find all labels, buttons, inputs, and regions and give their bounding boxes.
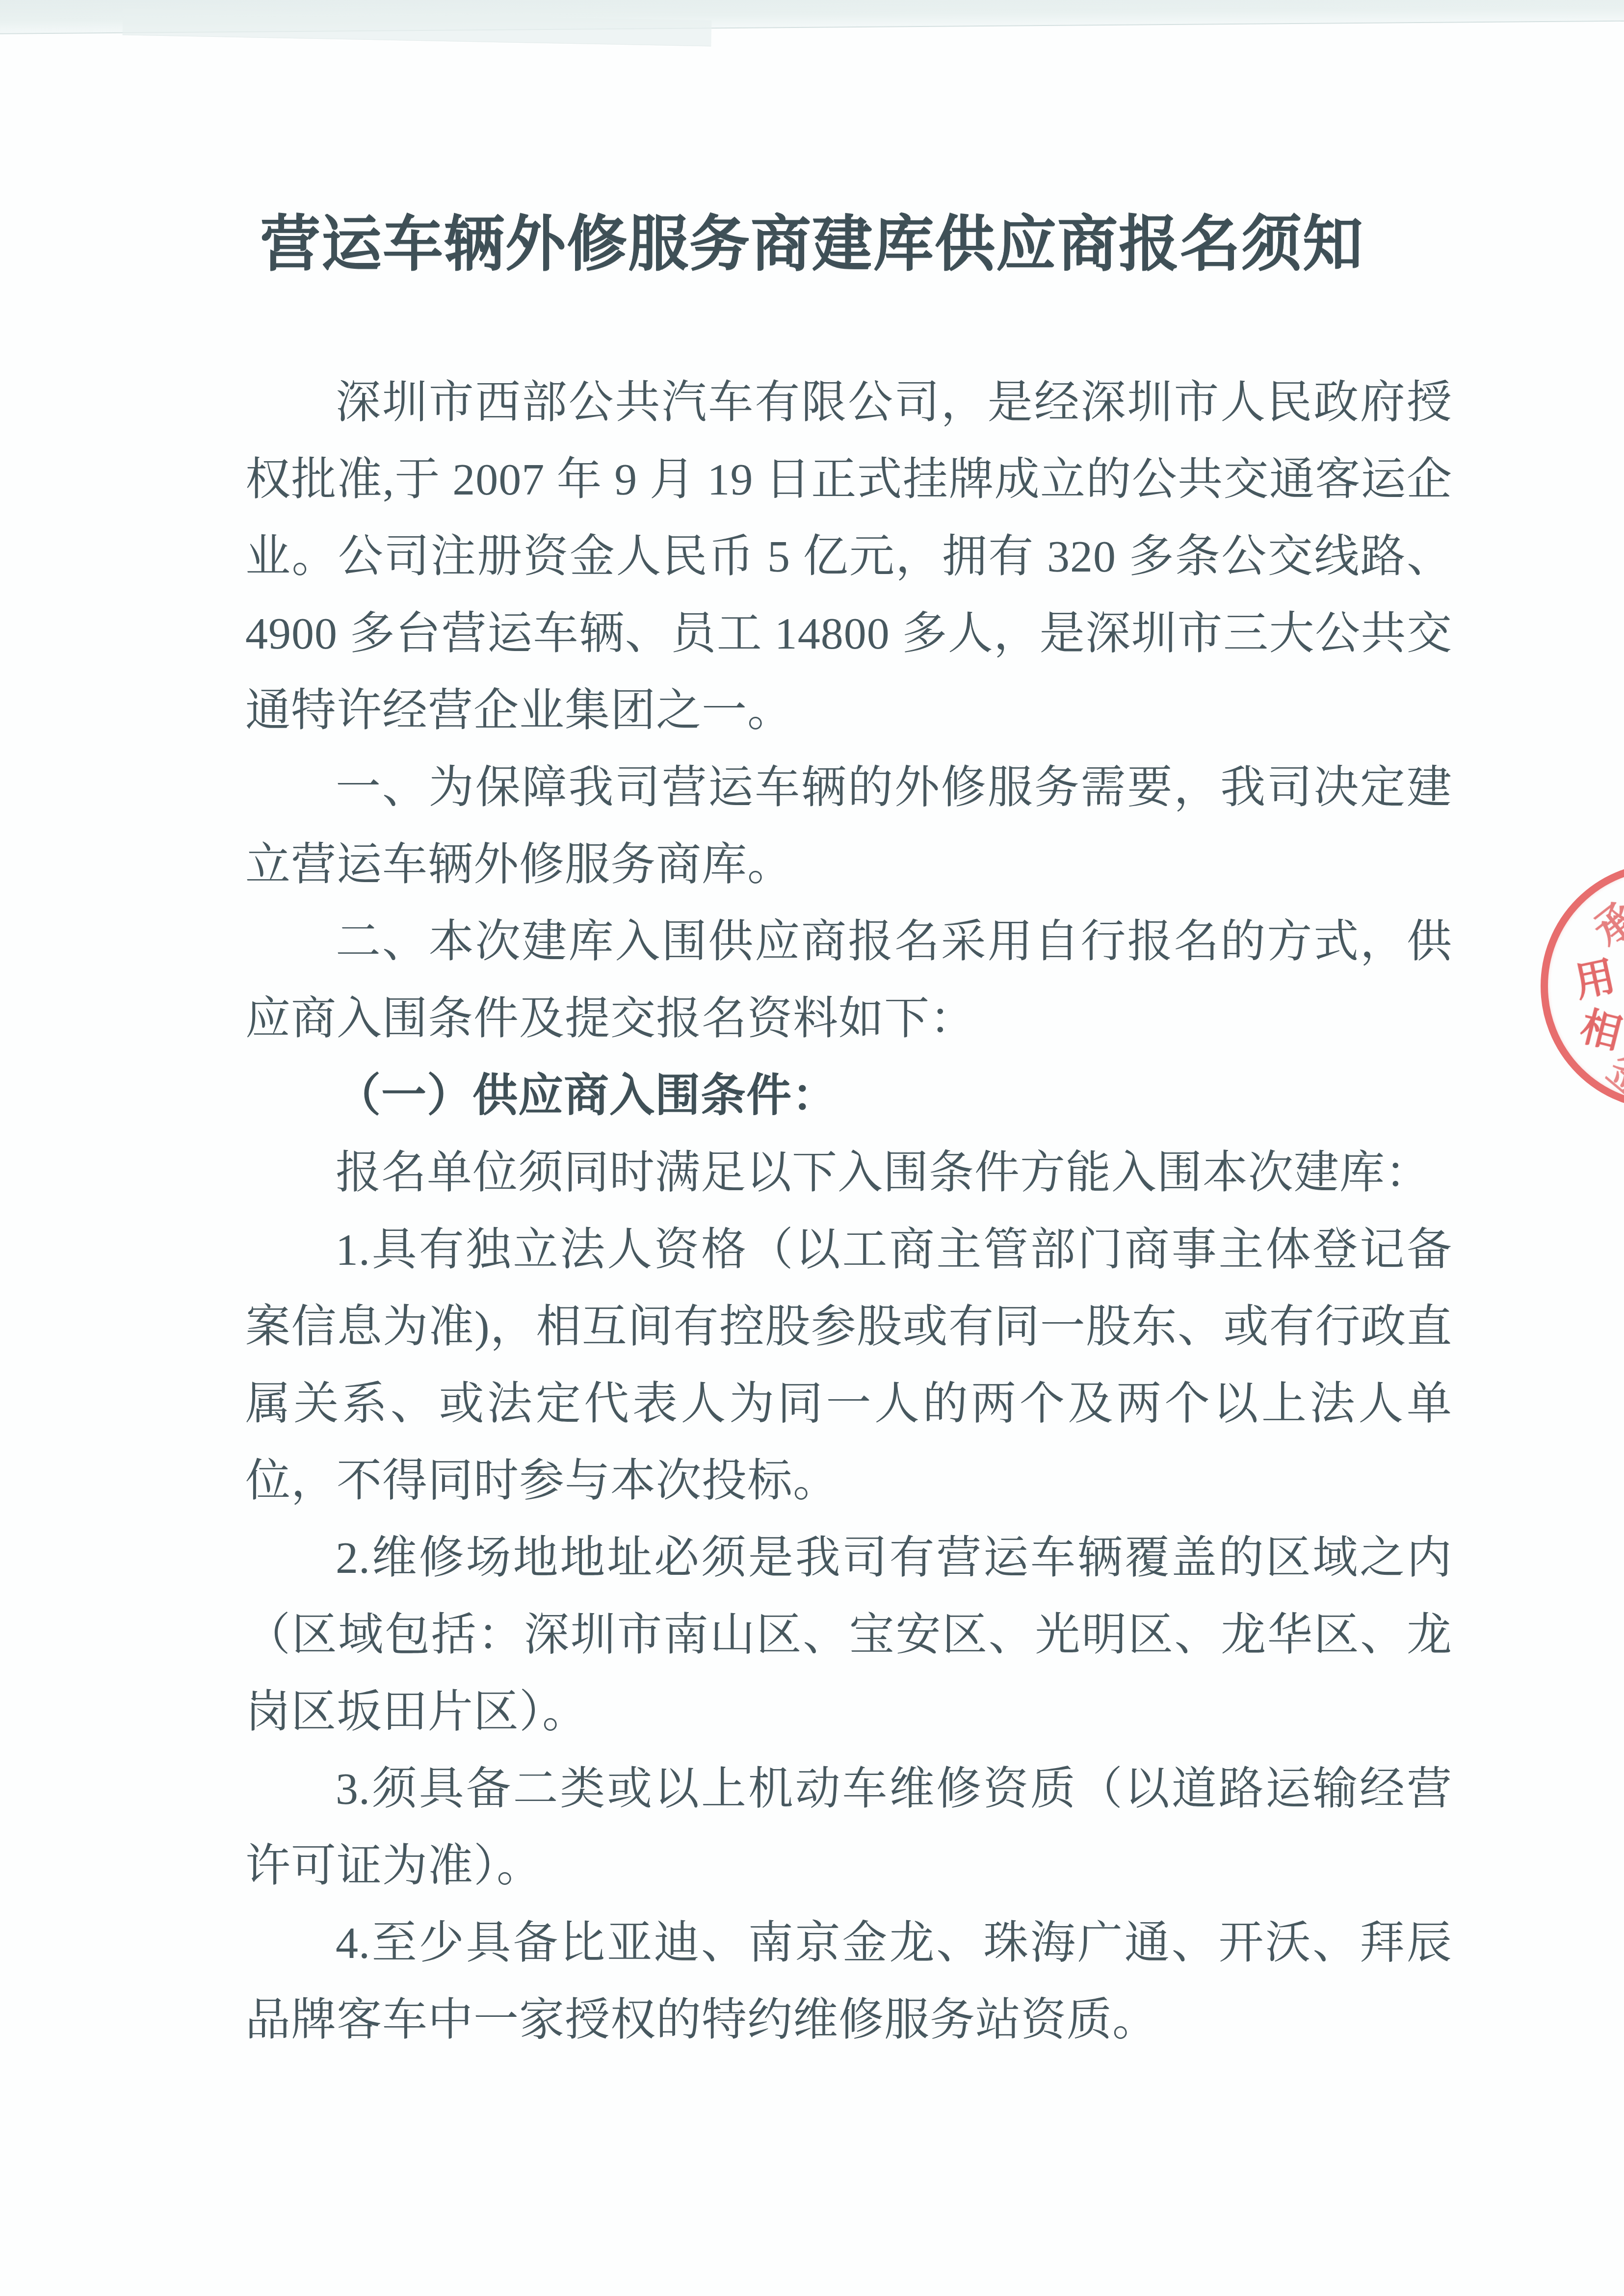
red-seal-stamp: 承 用 相 签 [1541, 862, 1624, 1110]
document-title: 营运车辆外修服务商建库供应商报名须知 [0, 195, 1624, 282]
seal-character-fragment: 用 [1571, 956, 1619, 1003]
body-paragraph: 1.具有独立法人资格（以工商主管部门商事主体登记备案信息为准)，相互间有控股参股… [245, 1211, 1452, 1519]
body-paragraph: 4.至少具备比亚迪、南京金龙、珠海广通、开沃、拜辰品牌客车中一家授权的特约维修服… [245, 1905, 1452, 2059]
scanned-document-page: 营运车辆外修服务商建库供应商报名须知 深圳市西部公共汽车有限公司，是经深圳市人民… [0, 0, 1624, 2296]
body-paragraph: 2.维修场地地址必须是我司有营运车辆覆盖的区域之内（区域包括：深圳市南山区、宝安… [245, 1519, 1452, 1750]
document-body: 深圳市西部公共汽车有限公司，是经深圳市人民政府授权批准,于 2007 年 9 月… [245, 364, 1452, 2059]
body-paragraph: 深圳市西部公共汽车有限公司，是经深圳市人民政府授权批准,于 2007 年 9 月… [245, 364, 1452, 749]
body-paragraph: 3.须具备二类或以上机动车维修资质（以道路运输经营许可证为准）。 [245, 1750, 1452, 1905]
body-paragraph: 报名单位须同时满足以下入围条件方能入围本次建库： [245, 1134, 1452, 1211]
body-paragraph: 二、本次建库入围供应商报名采用自行报名的方式，供应商入围条件及提交报名资料如下： [245, 903, 1452, 1057]
section-heading-paragraph: （一）供应商入围条件： [245, 1057, 1452, 1134]
body-paragraph: 一、为保障我司营运车辆的外修服务需要，我司决定建立营运车辆外修服务商库。 [245, 749, 1452, 903]
